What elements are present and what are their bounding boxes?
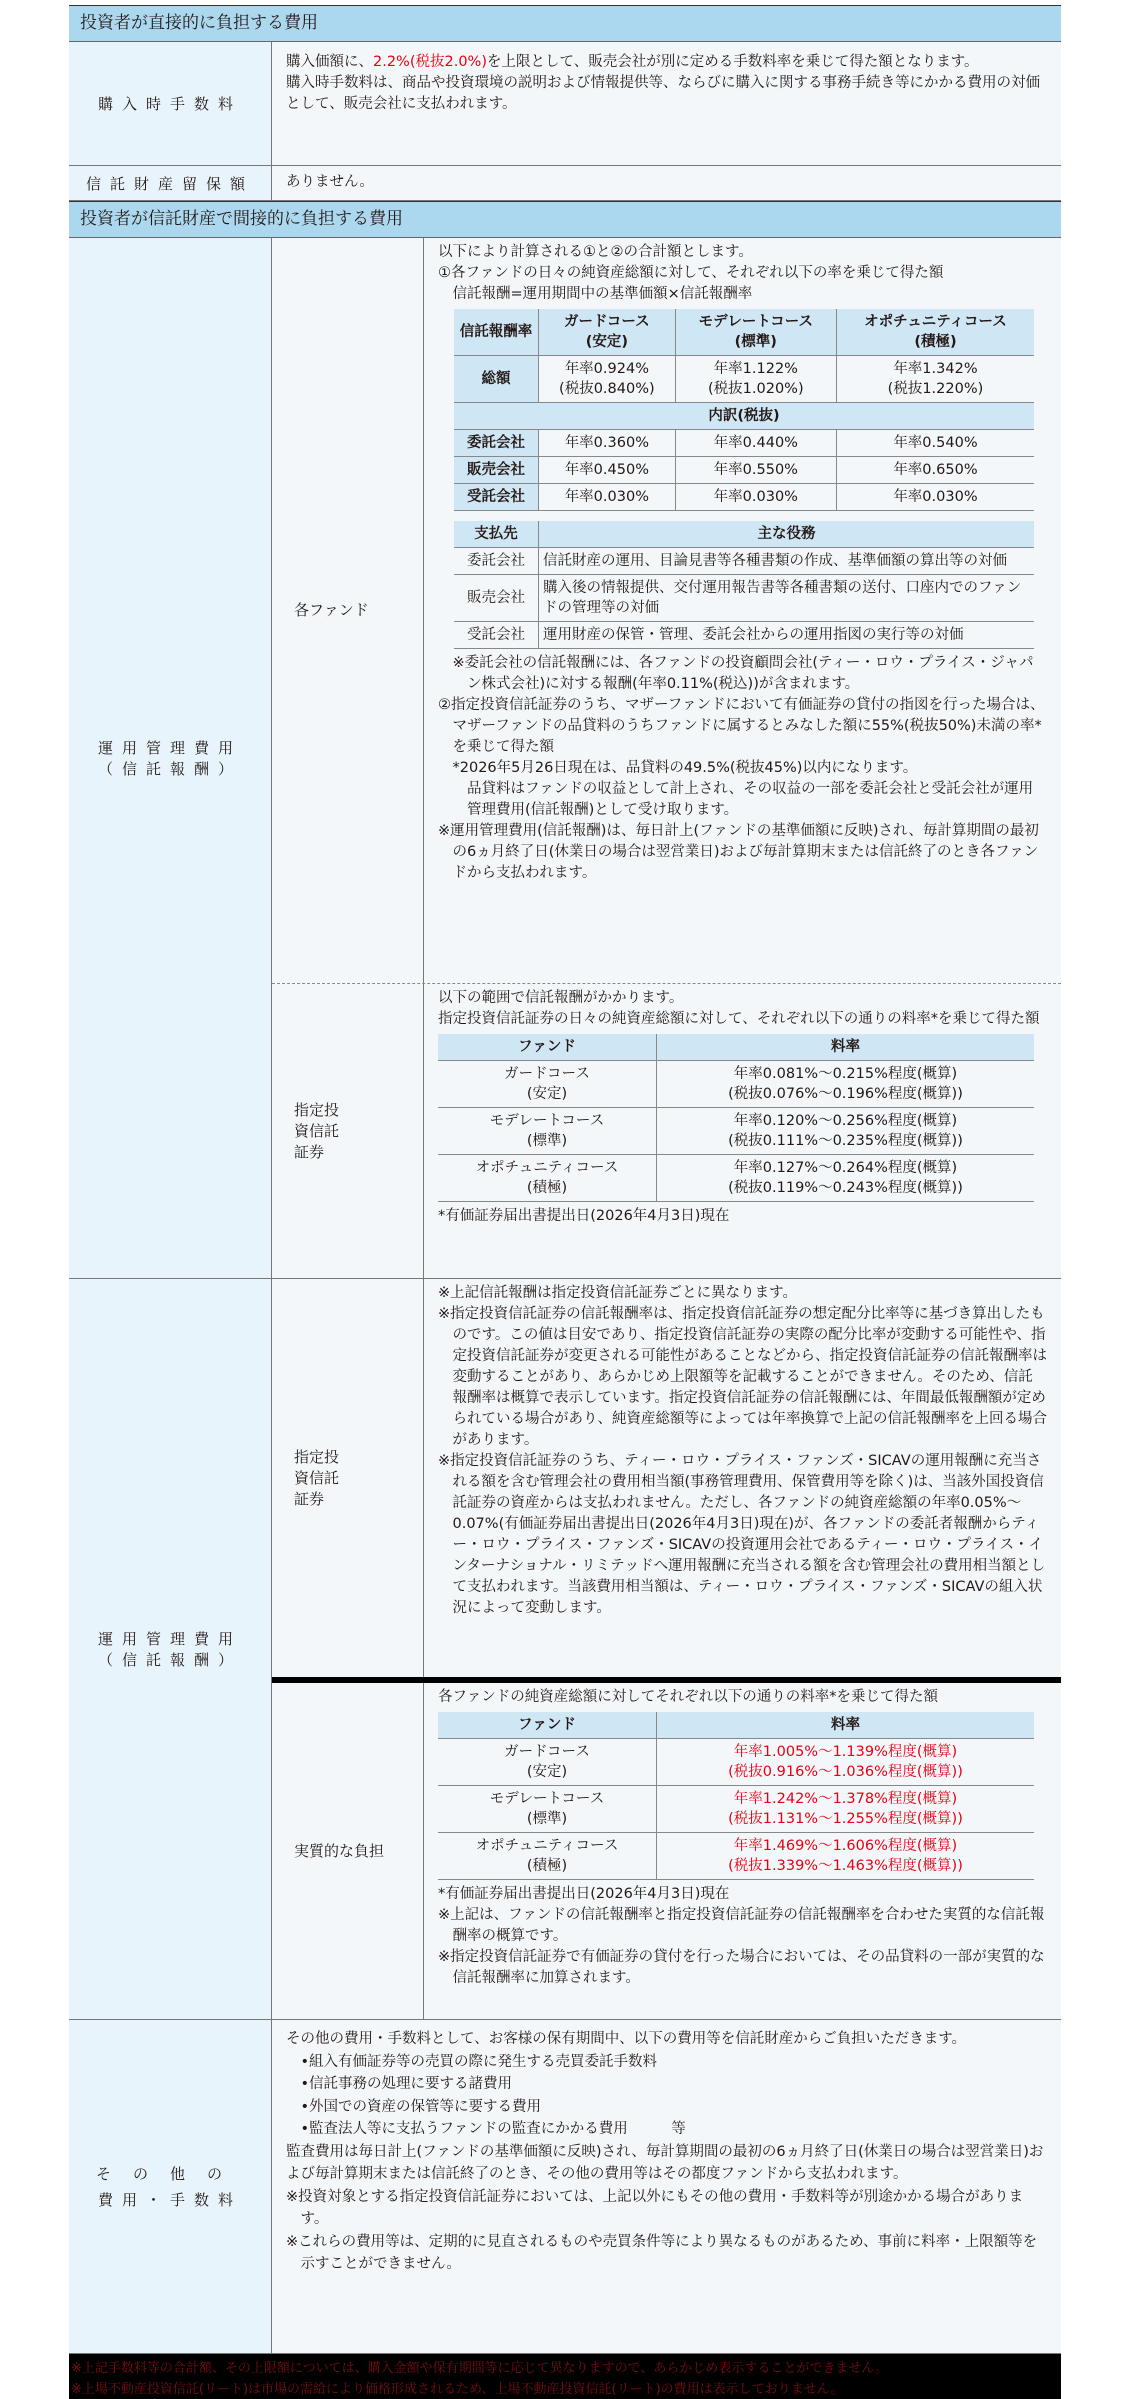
label-purchase-fee: 購入時手数料 [69,42,272,165]
label-other-fees: その他の 費用・手数料 [69,2020,272,2353]
row-other-fees: その他の 費用・手数料 その他の費用・手数料として、お客様の保有期間中、以下の費… [69,2020,1061,2354]
retention-value: ありません。 [272,166,1061,200]
fund-rate-table: 信託報酬率 ガードコース(安定) モデレートコース(標準) オポチュニティコース… [454,309,1034,511]
designated-rate-table: ファンド 料率 ガードコース(安定) 年率0.081%～0.215%程度(概算)… [438,1034,1034,1202]
effective-rate-table: ファンド 料率 ガードコース(安定) 年率1.005%～1.139%程度(概算)… [438,1712,1034,1880]
footer-note-2: ※上場不動産投資信託(リート)は市場の需給により価格形成されるため、上場不動産投… [71,2379,1059,2399]
row-each-fund: 各ファンド 以下により計算される①と②の合計額とします。 ①各ファンドの日々の純… [272,238,1061,983]
mgmt-fee-details-2: 指定投資信託証券 ※上記信託報酬は指定投資信託証券ごとに異なります。 ※指定投資… [272,1279,1061,2019]
label-mgmt-fee-2: 運用管理費用 （信託報酬） [69,1279,272,2019]
label-mgmt-fee: 運用管理費用 （信託報酬） [69,238,272,1278]
row-mgmt-fee-1: 運用管理費用 （信託報酬） 各ファンド 以下により計算される①と②の合計額としま… [69,238,1061,1279]
effective-body: 各ファンドの純資産総額に対してそれぞれ以下の通りの料率*を乗じて得た額 ファンド… [424,1683,1061,2019]
footer-note-1: ※上記手数料等の合計額、その上限額については、購入金額や保有期間等に応じて異なり… [71,2358,1059,2379]
designated-body: 以下の範囲で信託報酬がかかります。 指定投資信託証券の日々の純資産総額に対して、… [424,984,1061,1278]
row-retention: 信託財産留保額 ありません。 [69,166,1061,201]
other-fees-body: その他の費用・手数料として、お客様の保有期間中、以下の費用等を信託財産からご負担… [272,2020,1061,2353]
row-designated-notes: 指定投資信託証券 ※上記信託報酬は指定投資信託証券ごとに異なります。 ※指定投資… [272,1279,1061,1677]
each-fund-body: 以下により計算される①と②の合計額とします。 ①各ファンドの日々の純資産総額に対… [424,238,1061,983]
label-effective: 実質的な負担 [272,1683,424,2019]
purchase-fee-rate: 2.2%(税抜2.0%) [373,54,487,70]
row-effective: 実質的な負担 各ファンドの純資産総額に対してそれぞれ以下の通りの料率*を乗じて得… [272,1677,1061,2019]
fee-table: 投資者が直接的に負担する費用 購入時手数料 購入価額に、2.2%(税抜2.0%)… [69,5,1061,2399]
label-retention: 信託財産留保額 [69,166,272,200]
row-mgmt-fee-2: 運用管理費用 （信託報酬） 指定投資信託証券 ※上記信託報酬は指定投資信託証券ご… [69,1279,1061,2020]
row-designated: 指定投資信託証券 以下の範囲で信託報酬がかかります。 指定投資信託証券の日々の純… [272,983,1061,1278]
row-purchase-fee: 購入時手数料 購入価額に、2.2%(税抜2.0%)を上限として、販売会社が別に定… [69,42,1061,166]
label-each-fund: 各ファンド [272,238,424,983]
purchase-fee-body: 購入価額に、2.2%(税抜2.0%)を上限として、販売会社が別に定める手数料率を… [272,42,1061,165]
footer-notes: ※上記手数料等の合計額、その上限額については、購入金額や保有期間等に応じて異なり… [69,2354,1061,2399]
mgmt-fee-details: 各ファンド 以下により計算される①と②の合計額とします。 ①各ファンドの日々の純… [272,238,1061,1278]
section-header-indirect: 投資者が信託財産で間接的に負担する費用 [69,201,1061,238]
designated-notes-body: ※上記信託報酬は指定投資信託証券ごとに異なります。 ※指定投資信託証券の信託報酬… [424,1279,1061,1677]
label-designated-2: 指定投資信託証券 [272,1279,424,1677]
purchase-fee-line2: 購入時手数料は、商品や投資環境の説明および情報提供等、ならびに購入に関する事務手… [286,73,1047,115]
role-table: 支払先 主な役務 委託会社 信託財産の運用、目論見書等各種書類の作成、基準価額の… [454,521,1034,649]
purchase-fee-line1: 購入価額に、2.2%(税抜2.0%)を上限として、販売会社が別に定める手数料率を… [286,52,1047,73]
section-header-direct: 投資者が直接的に負担する費用 [69,5,1061,42]
label-designated: 指定投資信託証券 [272,984,424,1278]
